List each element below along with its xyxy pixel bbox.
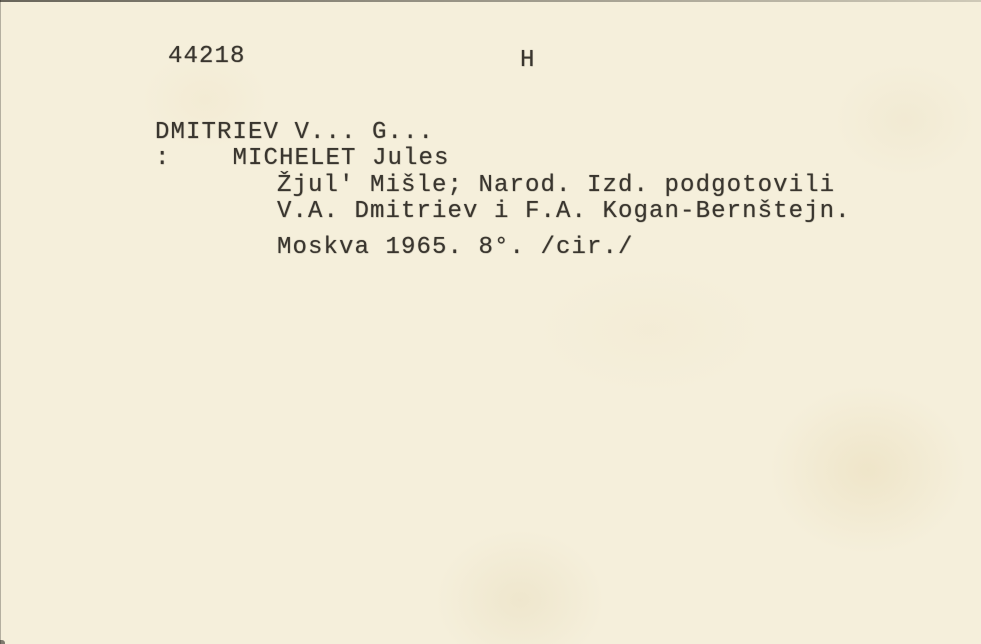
scan-top-edge-shadow — [0, 0, 981, 2]
author-heading-line: DMITRIEV V... G... — [155, 120, 434, 146]
editors-line: V.A. Dmitriev i F.A. Kogan-Bernštejn. — [277, 199, 851, 225]
catalog-number: 44218 — [168, 44, 246, 70]
scan-left-edge-shadow — [0, 0, 1, 644]
catalog-card: 44218 H DMITRIEV V... G... : MICHELET Ju… — [0, 0, 981, 644]
heading-letter: H — [520, 48, 536, 74]
title-line: Žjul' Mišle; Narod. Izd. podgotovili — [277, 173, 835, 199]
scan-corner-speck — [0, 640, 5, 644]
imprint-line: Moskva 1965. 8°. /cir./ — [277, 235, 634, 261]
cross-reference-line: : MICHELET Jules — [155, 146, 450, 172]
